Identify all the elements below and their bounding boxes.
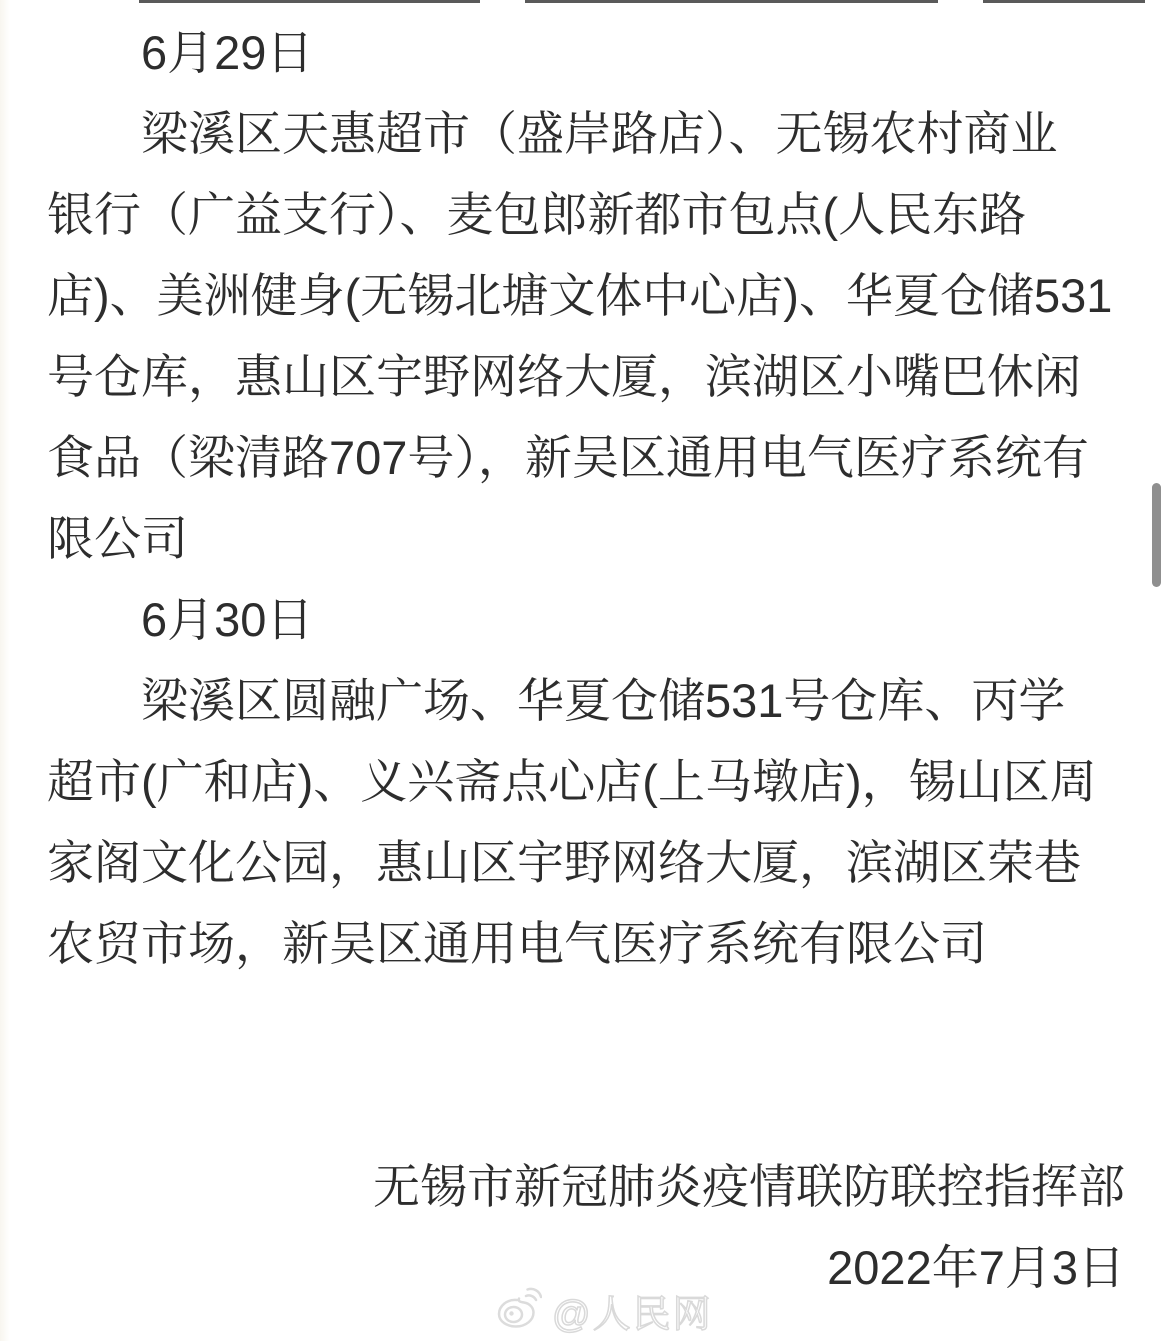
scrollbar-thumb[interactable] (1152, 483, 1161, 587)
watermark: @人民网 (496, 1283, 713, 1338)
body-line: 梁溪区圆融广场、华夏仓储531号仓库、丙学 (47, 660, 1125, 741)
cropped-line-remnant (983, 0, 1145, 3)
cropped-line-remnant (139, 0, 480, 3)
notice-body: 6月29日 梁溪区天惠超市（盛岸路店）、无锡农村商业 银行（广益支行）、麦包郎新… (47, 12, 1125, 1308)
body-line: 银行（广益支行）、麦包郎新都市包点(人民东路 (47, 174, 1125, 255)
body-line: 限公司 (47, 498, 1125, 579)
watermark-label: @人民网 (552, 1283, 713, 1338)
signature-org: 无锡市新冠肺炎疫情联防联控指挥部 (47, 1146, 1125, 1227)
date-heading: 6月29日 (47, 12, 1125, 93)
body-line: 农贸市场，新吴区通用电气医疗系统有限公司 (47, 903, 1125, 984)
cropped-line-remnant (525, 0, 938, 3)
date-heading: 6月30日 (47, 579, 1125, 660)
body-line: 家阁文化公园，惠山区宇野网络大厦，滨湖区荣巷 (47, 822, 1125, 903)
notice-document-page: 6月29日 梁溪区天惠超市（盛岸路店）、无锡农村商业 银行（广益支行）、麦包郎新… (0, 0, 1169, 1341)
body-line: 梁溪区天惠超市（盛岸路店）、无锡农村商业 (47, 93, 1125, 174)
page-left-edge (0, 0, 10, 1341)
weibo-icon (496, 1287, 542, 1334)
body-line: 号仓库，惠山区宇野网络大厦，滨湖区小嘴巴休闲 (47, 336, 1125, 417)
body-line: 店)、美洲健身(无锡北塘文体中心店)、华夏仓储531 (47, 255, 1125, 336)
body-line: 超市(广和店)、义兴斋点心店(上马墩店)，锡山区周 (47, 741, 1125, 822)
body-line: 食品（梁清路707号），新吴区通用电气医疗系统有 (47, 417, 1125, 498)
